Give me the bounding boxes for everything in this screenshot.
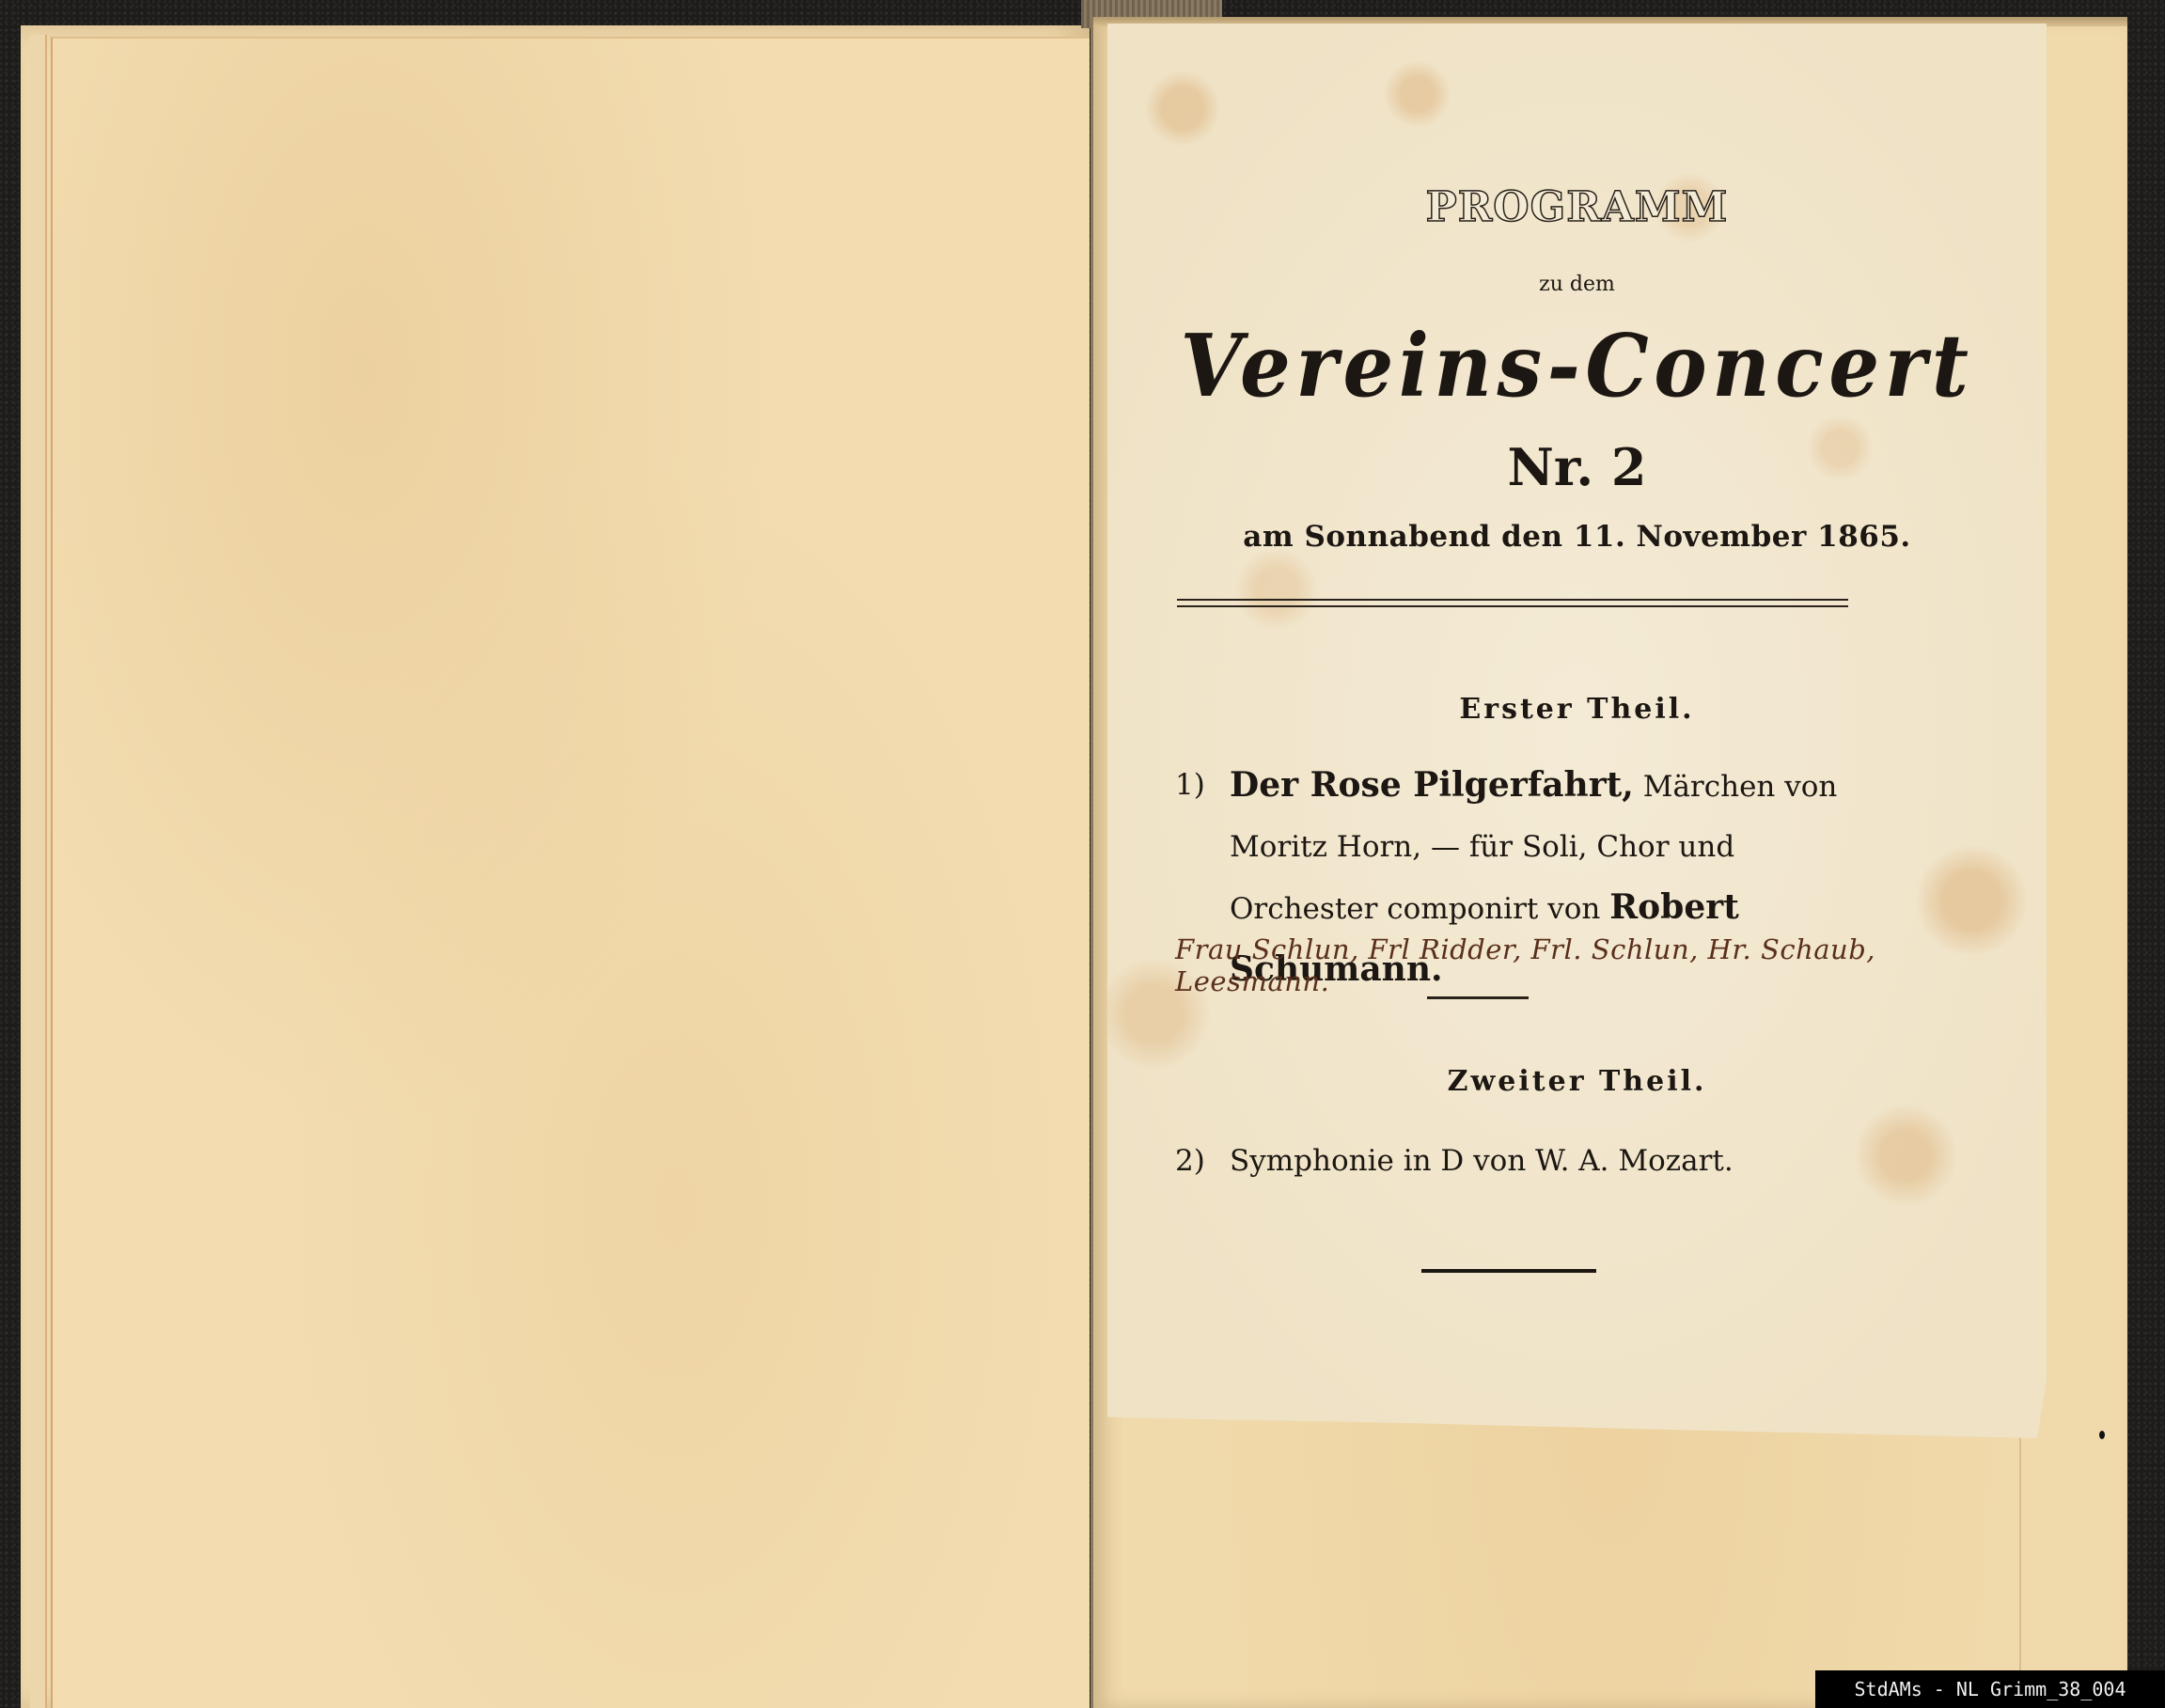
part-one-heading: Erster Theil. xyxy=(1107,693,2047,726)
closing-rule xyxy=(1421,1269,1596,1273)
concert-number: Nr. 2 xyxy=(1107,437,2047,497)
program-item-2: 2) Symphonie in D von W. A. Mozart. xyxy=(1175,1131,1871,1191)
program-subheading: zu dem xyxy=(1107,273,2047,296)
program-heading: PROGRAMM xyxy=(1107,183,2047,231)
left-page-surface xyxy=(51,37,1090,1708)
item-number: 1) xyxy=(1175,755,1205,815)
work-title: Der Rose Pilgerfahrt, xyxy=(1230,765,1634,805)
concert-title: Vereins-Concert xyxy=(1145,315,2009,416)
double-rule-divider xyxy=(1177,599,1848,607)
work-title: Symphonie in D von W. A. Mozart. xyxy=(1230,1131,1871,1191)
handwritten-performers-note: Frau Schlun, Frl Ridder, Frl. Schlun, Hr… xyxy=(1175,933,1984,997)
short-rule-divider xyxy=(1427,996,1529,999)
ink-speck xyxy=(2099,1431,2105,1439)
concert-date: am Sonnabend den 11. November 1865. xyxy=(1107,520,2047,554)
concert-program-sheet: PROGRAMM zu dem Vereins-Concert Nr. 2 am… xyxy=(1107,24,2047,1438)
item-number: 2) xyxy=(1175,1131,1205,1191)
page-edge xyxy=(30,35,47,1708)
left-blank-page xyxy=(21,25,1090,1708)
part-two-heading: Zweiter Theil. xyxy=(1107,1065,2047,1098)
archive-label: StdAMs - NL Grimm_38_004 xyxy=(1815,1670,2165,1708)
